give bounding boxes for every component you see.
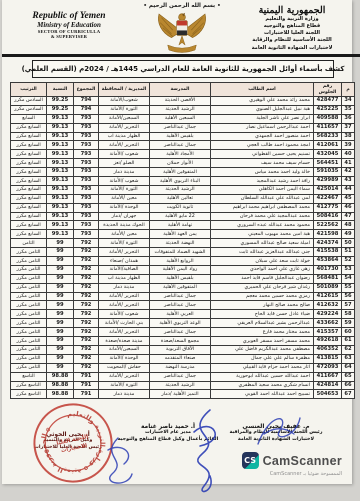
table-cell: 792: [74, 337, 99, 346]
table-cell: 44: [342, 185, 355, 194]
table-cell: جمال عبدالناصر: [150, 328, 211, 337]
table-row: 62406352مصطفى محمد عبدالكريم فاضل عليالآ…: [11, 345, 355, 354]
table-row: 52453864خولة ثابت سعد علي سبلانالروابع ا…: [11, 257, 355, 266]
table-cell: 36: [342, 114, 355, 123]
table-cell: اميلة سعيد صالح عبدالله المسوري: [211, 239, 314, 248]
table-cell: 792: [74, 283, 99, 292]
table-cell: 99: [47, 354, 74, 363]
table-cell: الأنوار حملان: [150, 159, 211, 168]
table-cell: 46: [342, 203, 355, 212]
table-cell: 793: [74, 212, 99, 221]
table-cell: الصافية/الأمانة: [99, 265, 150, 274]
table-cell: تسنيم يحيى حسين القطواني: [211, 150, 314, 159]
ministry-title-en: Ministry of Education: [8, 21, 130, 29]
table-cell: 99: [47, 328, 74, 337]
column-header-district: المديرية / المحافظة: [99, 83, 150, 97]
table-row: 54568481رضوان عبدالجليل قاسم قايد احمدبل…: [11, 274, 355, 283]
table-row: 48522562محمود محمد عبدالله عبده السروريت…: [11, 221, 355, 230]
table-cell: يمن العهد الأهلية: [150, 230, 211, 239]
table-cell: شعوب/الأمانة: [99, 97, 150, 106]
table-cell: الظهار مدينة اب: [99, 132, 150, 141]
table-cell: السابع مكرر: [11, 212, 47, 221]
table-cell: 41: [342, 159, 355, 168]
table-cell: مدينة ذمار: [99, 283, 150, 292]
table-cell: الرشيد الحديثة: [150, 185, 211, 194]
table-cell: السابع مكرر: [11, 132, 47, 141]
table-cell: البناء التربوي الأهلية: [150, 177, 211, 186]
table-header: م رقم الجلوس اسم الطالب المدرسة المديرية…: [11, 83, 355, 97]
table-cell: 508416: [314, 212, 342, 221]
table-cell: 425014: [314, 185, 342, 194]
table-cell: 504653: [314, 390, 342, 399]
table-cell: التحرير /الأمانة: [99, 292, 150, 301]
table-cell: 63: [342, 354, 355, 363]
table-cell: 793: [74, 185, 99, 194]
table-row: 67504653تسبيح احمد عبدالله احمد القوبيال…: [11, 390, 355, 399]
table-cell: ضياء عادل حسن قايد الحاج: [211, 310, 314, 319]
table-cell: الثامن مكرر: [11, 257, 47, 266]
table-cell: الآفاق التربوية: [150, 345, 211, 354]
table-cell: 99.13: [47, 150, 74, 159]
table-cell: 792: [74, 328, 99, 337]
table-cell: 792: [74, 354, 99, 363]
table-row: 61492618محمد مسفر احمد مسفر العويريمجمع …: [11, 337, 355, 346]
table-cell: السابع: [11, 114, 47, 123]
table-cell: 99: [47, 257, 74, 266]
table-cell: 793: [74, 132, 99, 141]
table-cell: السابع مكرر: [11, 221, 47, 230]
table-cell: 99: [47, 292, 74, 301]
table-cell: 792: [74, 301, 99, 310]
table-cell: التحرير /الأمانة: [99, 123, 150, 132]
table-row: 57412632صالح محمد صالح النهارجمال عبدالن…: [11, 301, 355, 310]
table-cell: 424814: [314, 381, 342, 390]
table-cell: العربي الأهلية: [150, 310, 211, 319]
column-header-school: المدرسة: [150, 83, 211, 97]
table-cell: جمال عبدالناصر: [150, 123, 211, 132]
ministry-title-ar: وزارة التربية والتعليم: [234, 16, 350, 23]
table-row: 53401730زهى غازي علي احمد الواحديرواد ال…: [11, 265, 355, 274]
table-cell: 412061: [314, 141, 342, 150]
table-cell: 62: [342, 345, 355, 354]
table-cell: تسبيح احمد عبدالله احمد القوبي: [211, 390, 314, 399]
table-cell: 415538: [314, 248, 342, 257]
camscanner-footer: CS CamScanner الممسوحة ضوئيا بـ CamScann…: [212, 452, 342, 477]
header-english-block: Republic of Yemen Ministry of Education …: [8, 3, 130, 39]
top-students-table: م رقم الجلوس اسم الطالب المدرسة المديرية…: [10, 82, 355, 399]
table-cell: انسام شكري محمد سعيد المظفري: [211, 381, 314, 390]
table-header-row: م رقم الجلوس اسم الطالب المدرسة المديرية…: [11, 83, 355, 97]
table-cell: بلقيس الأهلية: [150, 132, 211, 141]
table-cell: التحرير /الأمانة: [99, 141, 150, 150]
table-cell: خالد وليد احمد محمد مياس: [211, 168, 314, 177]
table-cell: الشهيد الصماد للمتفوقات: [150, 248, 211, 257]
table-cell: 65: [342, 372, 355, 381]
table-cell: الثامن مكرر: [11, 292, 47, 301]
table-cell: 55: [342, 283, 355, 292]
column-header-index: م: [342, 83, 355, 97]
table-cell: الثامن مكرر: [11, 319, 47, 328]
table-cell: مدينة صعدة/صعدة: [99, 337, 150, 346]
table-cell: 409588: [314, 114, 342, 123]
signer-role: مدير عام الاختبارات: [108, 430, 228, 437]
table-cell: السابع مكرر: [11, 123, 47, 132]
table-cell: 56: [342, 292, 355, 301]
table-cell: محمد مختار محمد فارع: [211, 328, 314, 337]
table-cell: الثامن مكرر: [11, 363, 47, 372]
table-cell: 424374: [314, 239, 342, 248]
table-cell: 48: [342, 221, 355, 230]
table-cell: 67: [342, 390, 355, 399]
table-cell: 99.25: [47, 97, 74, 106]
table-cell: السابع مكرر: [11, 168, 47, 177]
table-cell: 99: [47, 345, 74, 354]
table-cell: 406352: [314, 345, 342, 354]
table-cell: التميز الأهلية /ذمار: [150, 390, 211, 399]
table-cell: 421598: [314, 230, 342, 239]
table-cell: 99.13: [47, 203, 74, 212]
table-cell: بني الحارث /الأمانة: [99, 319, 150, 328]
table-cell: 429224: [314, 310, 342, 319]
table-cell: السابع مكرر: [11, 203, 47, 212]
camscanner-brand-text: CamScanner: [263, 454, 342, 468]
table-cell: الأمجاد الأهلية: [150, 150, 211, 159]
table-cell: مصطفى محمد عبدالكريم فاضل علي: [211, 345, 314, 354]
table-cell: السابع مكرر: [11, 177, 47, 186]
table-cell: 428477: [314, 97, 342, 106]
table-cell: 99.13: [47, 168, 74, 177]
exams-line: لاختبارات الشهادة الثانوية العامة: [234, 45, 350, 52]
table-cell: 99: [47, 283, 74, 292]
signer-role: لاختبارات الشهادة الثانوية العامة: [216, 437, 336, 444]
table-cell: 35: [342, 105, 355, 114]
table-cell: 522562: [314, 221, 342, 230]
yemen-national-emblem-icon: [151, 9, 213, 55]
table-cell: الوعد التربوي الأهلية: [150, 319, 211, 328]
table-cell: 411667: [314, 372, 342, 381]
table-cell: 568233: [314, 132, 342, 141]
table-cell: امجد محمود احمد طالب العجي: [211, 141, 314, 150]
table-cell: 99.13: [47, 185, 74, 194]
table-cell: بلقيس الأهلية: [150, 274, 211, 283]
table-cell: 591035: [314, 168, 342, 177]
table-cell: السابع مكرر: [11, 150, 47, 159]
table-cell: 792: [74, 274, 99, 283]
table-cell: 49: [342, 230, 355, 239]
table-cell: الثامن مكرر: [11, 310, 47, 319]
table-cell: جمال عبدالناصر: [150, 292, 211, 301]
table-cell: 492618: [314, 337, 342, 346]
table-cell: 793: [74, 230, 99, 239]
official-red-stamp: الجمهورية اليمنية ۞ وزارة التربية والتعل…: [24, 394, 121, 491]
table-cell: 38: [342, 132, 355, 141]
table-row: 56412615رمزي محمد حسين محمد معجمجمال عبد…: [11, 292, 355, 301]
table-cell: مدينة ذمار: [99, 168, 150, 177]
table-cell: 99.13: [47, 177, 74, 186]
table-cell: 99.13: [47, 123, 74, 132]
signature-block-center: أ. حميد ناصر غنامة مدير عام الاختبارات ا…: [108, 424, 228, 443]
table-cell: 793: [74, 177, 99, 186]
table-cell: 793: [74, 141, 99, 150]
table-row: 35425225هبة نبيل عبدالجليل الصنويالرشيد …: [11, 105, 355, 114]
table-cell: احمد عبدالرحمن اسماعيل نصار: [211, 123, 314, 132]
signer-role: رئيس اللجنة الأساسية للنظام والمراقبة: [216, 430, 336, 437]
table-row: 46412775محمد المصطفى ابراهيم محمد ابراهي…: [11, 203, 355, 212]
table-cell: 98.88: [47, 372, 74, 381]
table-cell: 99.13: [47, 221, 74, 230]
table-row: 47508416محمد عبدالمجيد علي محمد فرحان22 …: [11, 212, 355, 221]
table-cell: السابع مكرر: [11, 194, 47, 203]
table-cell: 99: [47, 248, 74, 257]
table-cell: 59: [342, 319, 355, 328]
table-cell: 99: [47, 319, 74, 328]
table-cell: 54: [342, 274, 355, 283]
table-cell: 99: [47, 239, 74, 248]
superviser-line-en: & SUPERVISER: [8, 34, 130, 39]
table-cell: التحرير /الأمانة: [99, 328, 150, 337]
table-cell: الثامن مكرر: [11, 265, 47, 274]
table-cell: السادس مكرر: [11, 105, 47, 114]
table-cell: 401730: [314, 265, 342, 274]
table-cell: 564451: [314, 159, 342, 168]
table-cell: السبعين الأهلية: [150, 114, 211, 123]
table-row: 42591035خالد وليد احمد محمد مياسالمتفوقي…: [11, 168, 355, 177]
table-cell: هبة نبيل عبدالجليل الصنوي: [211, 105, 314, 114]
table-cell: زهى غازي علي احمد الواحدي: [211, 265, 314, 274]
table-cell: هبة امين محمد مهيوب المعيني: [211, 230, 314, 239]
table-cell: شعوب /الأمانة: [99, 150, 150, 159]
table-cell: الثورة /الأمانة: [99, 381, 150, 390]
table-cell: الثامن مكرر: [11, 328, 47, 337]
table-cell: 793: [74, 221, 99, 230]
table-cell: شعوب /الأمانة: [99, 310, 150, 319]
table-cell: 99.13: [47, 230, 74, 239]
table-cell: رواد اليمن الأهلية: [150, 265, 211, 274]
table-cell: الثورة /الأمانة: [99, 239, 150, 248]
table-cell: رافد احمد رشيد عبدالمجيد: [211, 177, 314, 186]
table-cell: مدينة ذمار: [99, 390, 150, 399]
table-cell: 433662: [314, 319, 342, 328]
table-cell: الثامن مكرر: [11, 345, 47, 354]
table-cell: التحرير /الأمانة: [99, 372, 150, 381]
table-cell: السبعين/الأمانة: [99, 345, 150, 354]
table-cell: 99.13: [47, 114, 74, 123]
table-cell: الأقصى الحديثة: [150, 97, 211, 106]
table-cell: السابع مكرر: [11, 230, 47, 239]
table-cell: حسام سيف محمد سيف: [211, 159, 314, 168]
document-header: Republic of Yemen Ministry of Education …: [8, 3, 350, 59]
table-cell: محمد رائد محمد علي الوهيري: [211, 97, 314, 106]
signature-block-right: م. عفيف يحيى العنسي رئيس اللجنة الأساسية…: [216, 424, 336, 443]
table-row: 39412061امجد محمود احمد طالب العجيجمال ع…: [11, 141, 355, 150]
results-table-body: 34428477محمد رائد محمد علي الوهيريالأقصى…: [11, 97, 355, 399]
table-cell: النهضة الحديثة: [150, 239, 211, 248]
table-cell: جمال عبدالناصر: [150, 141, 211, 150]
table-cell: رغدان شير فرحان علي الحميري: [211, 283, 314, 292]
table-cell: الرشيد الحديثة: [150, 381, 211, 390]
table-cell: 61: [342, 337, 355, 346]
table-row: 36409588ابرار نصر علي ناشر الجليةالسبعين…: [11, 114, 355, 123]
table-cell: 39: [342, 141, 355, 150]
table-cell: رمزي محمد حسين محمد معجم: [211, 292, 314, 301]
table-row: 66424814انسام شكري محمد سعيد المظفريالرش…: [11, 381, 355, 390]
table-cell: 792: [74, 345, 99, 354]
column-header-rank: الترتيب: [11, 83, 47, 97]
table-cell: جمال عبدالناصر: [150, 372, 211, 381]
table-row: 44425014سماء اليمن احمد الكاهليالرشيد ال…: [11, 185, 355, 194]
table-cell: 52: [342, 257, 355, 266]
table-cell: ثعالين الأهلية: [150, 194, 211, 203]
table-cell: الروابع الأهلية: [150, 257, 211, 266]
table-cell: 99: [47, 265, 74, 274]
signer-role: القائم بأعمال وكيل قطاع المناهج والتوجيه: [108, 437, 228, 444]
base-committee-line: اللجنة الأساسية للنظام والرقابة: [234, 37, 350, 44]
table-cell: جهران /ذمار: [99, 212, 150, 221]
table-cell: الحوك مدينة الحديدة: [99, 221, 150, 230]
table-cell: الثامن: [11, 239, 47, 248]
table-cell: لمى عبدالله علي عبدالله السلطان: [211, 194, 314, 203]
table-cell: جنى عبدالله عبدالعزيز عبدالله ثابت: [211, 248, 314, 257]
table-cell: الثورة /الأمانة: [99, 105, 150, 114]
table-cell: 793: [74, 168, 99, 177]
table-cell: احمد عبدالله حسين عبدالله ابوحورية: [211, 372, 314, 381]
table-cell: التحرير /الأمانة: [99, 248, 150, 257]
table-cell: صنعاء المتقدمه: [150, 354, 211, 363]
table-cell: معين /الأمانة: [99, 230, 150, 239]
table-cell: 64: [342, 363, 355, 372]
table-row: 51415538جنى عبدالله عبدالعزيز عبدالله ثا…: [11, 248, 355, 257]
republic-title-ar: الجمهورية اليمنية: [234, 5, 350, 16]
table-cell: 45: [342, 194, 355, 203]
table-cell: احمد منصور احمد الجمهدي: [211, 132, 314, 141]
table-cell: 42: [342, 168, 355, 177]
table-cell: الثامن مكرر: [11, 248, 47, 257]
table-cell: 50: [342, 239, 355, 248]
table-cell: سماء اليمن احمد الكاهلي: [211, 185, 314, 194]
table-cell: تهامة الأهلية: [150, 221, 211, 230]
table-cell: السبعين/الأمانة: [99, 114, 150, 123]
table-row: 55501089رغدان شير فرحان علي الحميريالمتف…: [11, 283, 355, 292]
table-cell: التحرير /الأمانة: [99, 301, 150, 310]
table-row: 58429224ضياء عادل حسن قايد الحاجالعربي ا…: [11, 310, 355, 319]
table-cell: 792: [74, 265, 99, 274]
column-header-percentage: النسبة: [47, 83, 74, 97]
table-row: 59433662عبدالرحمن بشير عبدالسلام العريقي…: [11, 319, 355, 328]
column-header-student-name: اسم الطالب: [211, 83, 314, 97]
table-cell: 99.25: [47, 105, 74, 114]
table-cell: 793: [74, 194, 99, 203]
table-cell: 37: [342, 123, 355, 132]
table-cell: 793: [74, 123, 99, 132]
table-cell: 58: [342, 310, 355, 319]
table-cell: 793: [74, 159, 99, 168]
table-cell: الظهار مدينة اب: [99, 274, 150, 283]
table-cell: 793: [74, 150, 99, 159]
scanned-document-page: Republic of Yemen Ministry of Education …: [2, 0, 352, 484]
table-cell: الوحدة /الأمانة: [99, 354, 150, 363]
table-cell: 501089: [314, 283, 342, 292]
table-cell: الثامن مكرر: [11, 354, 47, 363]
document-title: كشف بأسماء أوائل الجمهورية للثانوية العا…: [32, 60, 334, 78]
header-arabic-block: الجمهورية اليمنية وزارة التربية والتعليم…: [234, 3, 350, 52]
table-cell: 415357: [314, 328, 342, 337]
table-cell: 43: [342, 177, 355, 186]
table-cell: 99.13: [47, 141, 74, 150]
table-row: 37411657احمد عبدالرحمن اسماعيل نصارجمال …: [11, 123, 355, 132]
table-cell: 412775: [314, 203, 342, 212]
table-cell: 51: [342, 248, 355, 257]
table-cell: الثامن مكرر: [11, 283, 47, 292]
table-cell: 99.13: [47, 194, 74, 203]
table-cell: 791: [74, 372, 99, 381]
table-cell: 53: [342, 265, 355, 274]
table-cell: 472093: [314, 363, 342, 372]
table-row: 50424374اميلة سعيد صالح عبدالله المسوريا…: [11, 239, 355, 248]
table-cell: 99: [47, 310, 74, 319]
table-cell: جمال عبدالناصر: [150, 301, 211, 310]
table-cell: 792: [74, 363, 99, 372]
table-cell: 422467: [314, 194, 342, 203]
table-cell: معين /الأمانة: [99, 194, 150, 203]
sector-line-ar: قطاع المناهج والتوجيه: [234, 23, 350, 30]
table-cell: 792: [74, 239, 99, 248]
table-cell: 99: [47, 337, 74, 346]
table-cell: 412632: [314, 301, 342, 310]
table-cell: السابع مكرر: [11, 185, 47, 194]
table-cell: التاسع مكرر: [11, 390, 47, 399]
republic-title-en: Republic of Yemen: [8, 11, 130, 21]
table-cell: السابع مكرر: [11, 141, 47, 150]
table-cell: 453864: [314, 257, 342, 266]
table-cell: 60: [342, 328, 355, 337]
table-cell: مجمع السعد/صعدة: [150, 337, 211, 346]
table-cell: 792: [74, 257, 99, 266]
column-header-total: المجموع: [74, 83, 99, 97]
camscanner-logo-icon: CS: [242, 452, 259, 469]
table-cell: ابرار نصر علي ناشر الجلية: [211, 114, 314, 123]
table-cell: 432045: [314, 150, 342, 159]
table-row: 63413815مظفرة سالم علي علي جمالصنعاء الم…: [11, 354, 355, 363]
table-cell: محمد عبدالمجيد علي محمد فرحان: [211, 212, 314, 221]
table-cell: 568481: [314, 274, 342, 283]
table-cell: 429989: [314, 177, 342, 186]
table-row: 64472093اثار محمد احمد حزام قايد القبيلي…: [11, 363, 355, 372]
table-cell: شعوب /الأمانة: [99, 177, 150, 186]
table-cell: الثامن مكرر: [11, 274, 47, 283]
table-cell: 57: [342, 301, 355, 310]
table-cell: 66: [342, 381, 355, 390]
table-cell: 792: [74, 248, 99, 257]
table-cell: مدرسة النهضة: [150, 363, 211, 372]
table-cell: 22 مايو الأهلية: [150, 212, 211, 221]
table-cell: 794: [74, 97, 99, 106]
table-cell: 794: [74, 105, 99, 114]
table-cell: 792: [74, 310, 99, 319]
table-cell: التاسع مكرر: [11, 381, 47, 390]
table-cell: الصلو /تعز: [99, 159, 150, 168]
ornament-dot: •: [143, 3, 147, 9]
table-cell: عبدالرحمن بشير عبدالسلام العريقي: [211, 319, 314, 328]
table-cell: السادس مكرر: [11, 97, 47, 106]
table-cell: 793: [74, 203, 99, 212]
camscanner-caption: الممسوحة ضوئيا بـ CamScanner: [212, 471, 342, 477]
table-cell: الوحدة /الأمانة: [99, 203, 150, 212]
table-cell: الثامن مكرر: [11, 337, 47, 346]
table-cell: التاسع: [11, 372, 47, 381]
table-cell: اثار محمد احمد حزام قايد القبيلي: [211, 363, 314, 372]
table-cell: الثامن مكرر: [11, 301, 47, 310]
table-cell: 40: [342, 150, 355, 159]
